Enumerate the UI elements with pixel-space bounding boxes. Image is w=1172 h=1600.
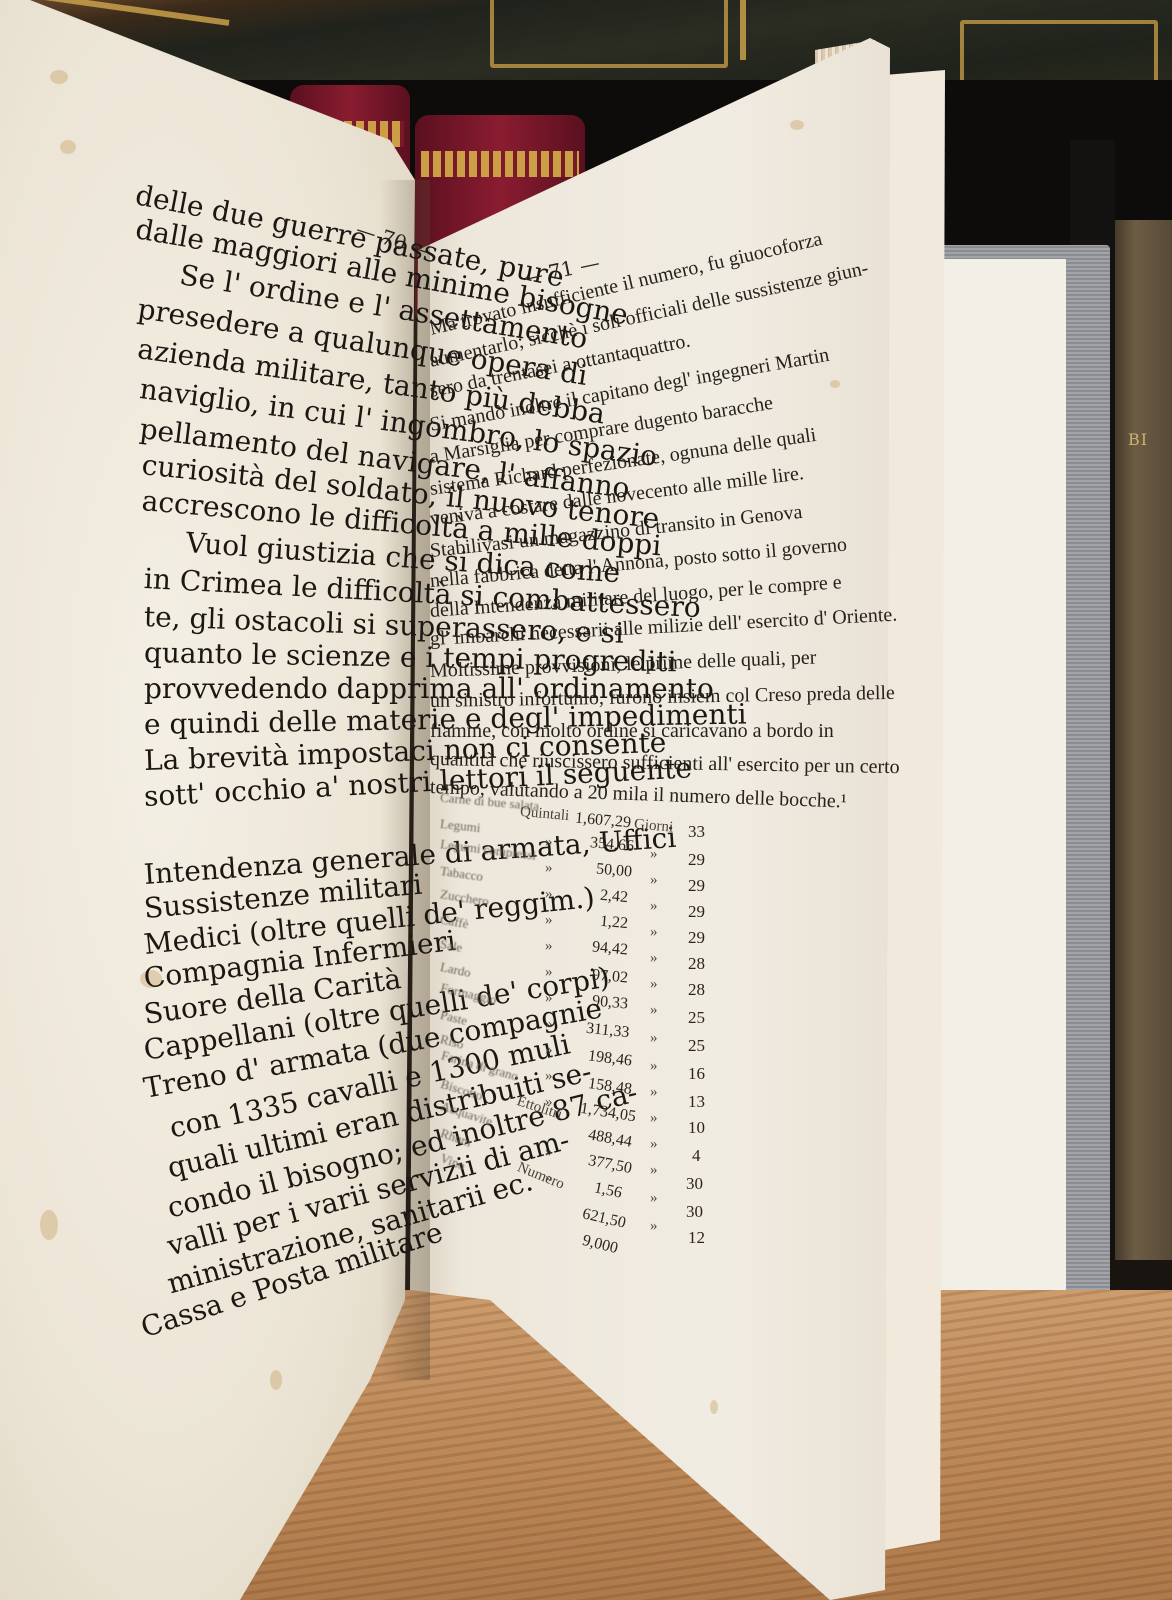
gilt-band	[421, 151, 579, 177]
table-mark: »	[650, 1030, 658, 1047]
spine-label: BI	[1128, 430, 1148, 449]
table-days: 29	[688, 902, 705, 922]
table-mark: »	[650, 1002, 658, 1019]
table-days: 16	[688, 1064, 705, 1084]
table-mark: »	[650, 924, 658, 941]
table-days: 33	[688, 822, 705, 842]
table-days: 28	[688, 980, 705, 1000]
table-days: 10	[688, 1118, 705, 1138]
table-unit: »	[545, 964, 553, 981]
table-days: 29	[688, 876, 705, 896]
table-mark: »	[650, 1190, 658, 1207]
table-mark: »	[650, 950, 658, 967]
table-qty: 2,42	[599, 887, 628, 907]
table-qty: 94,42	[591, 938, 628, 959]
table-unit: »	[545, 938, 553, 955]
table-mark: Giorni	[633, 816, 674, 836]
table-days: 4	[692, 1146, 701, 1166]
table-unit: »	[545, 990, 553, 1007]
table-unit: »	[545, 1068, 553, 1085]
table-qty: 90,33	[591, 992, 628, 1013]
table-unit: »	[545, 1042, 553, 1059]
table-days: 30	[686, 1202, 703, 1222]
table-qty: 354,66	[589, 834, 634, 856]
table-unit: »	[545, 1016, 553, 1033]
table-days: 29	[688, 850, 705, 870]
table-mark: »	[650, 898, 658, 915]
table-qty: 50,00	[595, 860, 632, 881]
table-mark: »	[650, 1084, 658, 1101]
table-days: 28	[688, 954, 705, 974]
table-mark: »	[650, 1136, 658, 1153]
table-days: 25	[688, 1036, 705, 1056]
text-line: fiamme, con molto ordine si caricavano a…	[430, 720, 834, 743]
gilt-frame-ornament	[490, 0, 728, 68]
table-unit: »	[545, 886, 553, 903]
table-mark: »	[650, 1058, 658, 1075]
table-qty: 97,02	[591, 966, 628, 987]
table-days: 13	[688, 1092, 705, 1112]
table-days: 29	[688, 928, 705, 948]
table-unit: »	[545, 834, 553, 851]
book-back-cover	[885, 70, 945, 1550]
table-mark: »	[650, 1110, 658, 1127]
table-mark: »	[650, 872, 658, 889]
table-mark: »	[650, 976, 658, 993]
table-days: 25	[688, 1008, 705, 1028]
gilt-line	[740, 0, 746, 60]
table-mark: »	[650, 1162, 658, 1179]
table-unit: »	[545, 1144, 553, 1161]
table-mark: »	[650, 846, 658, 863]
table-unit: »	[545, 860, 553, 877]
table-unit: »	[545, 912, 553, 929]
table-days: 12	[688, 1228, 705, 1248]
table-mark: »	[650, 1218, 658, 1235]
table-qty: 1,22	[599, 913, 628, 933]
brown-book-spine: BI	[1110, 220, 1172, 1260]
table-days: 30	[686, 1174, 703, 1194]
